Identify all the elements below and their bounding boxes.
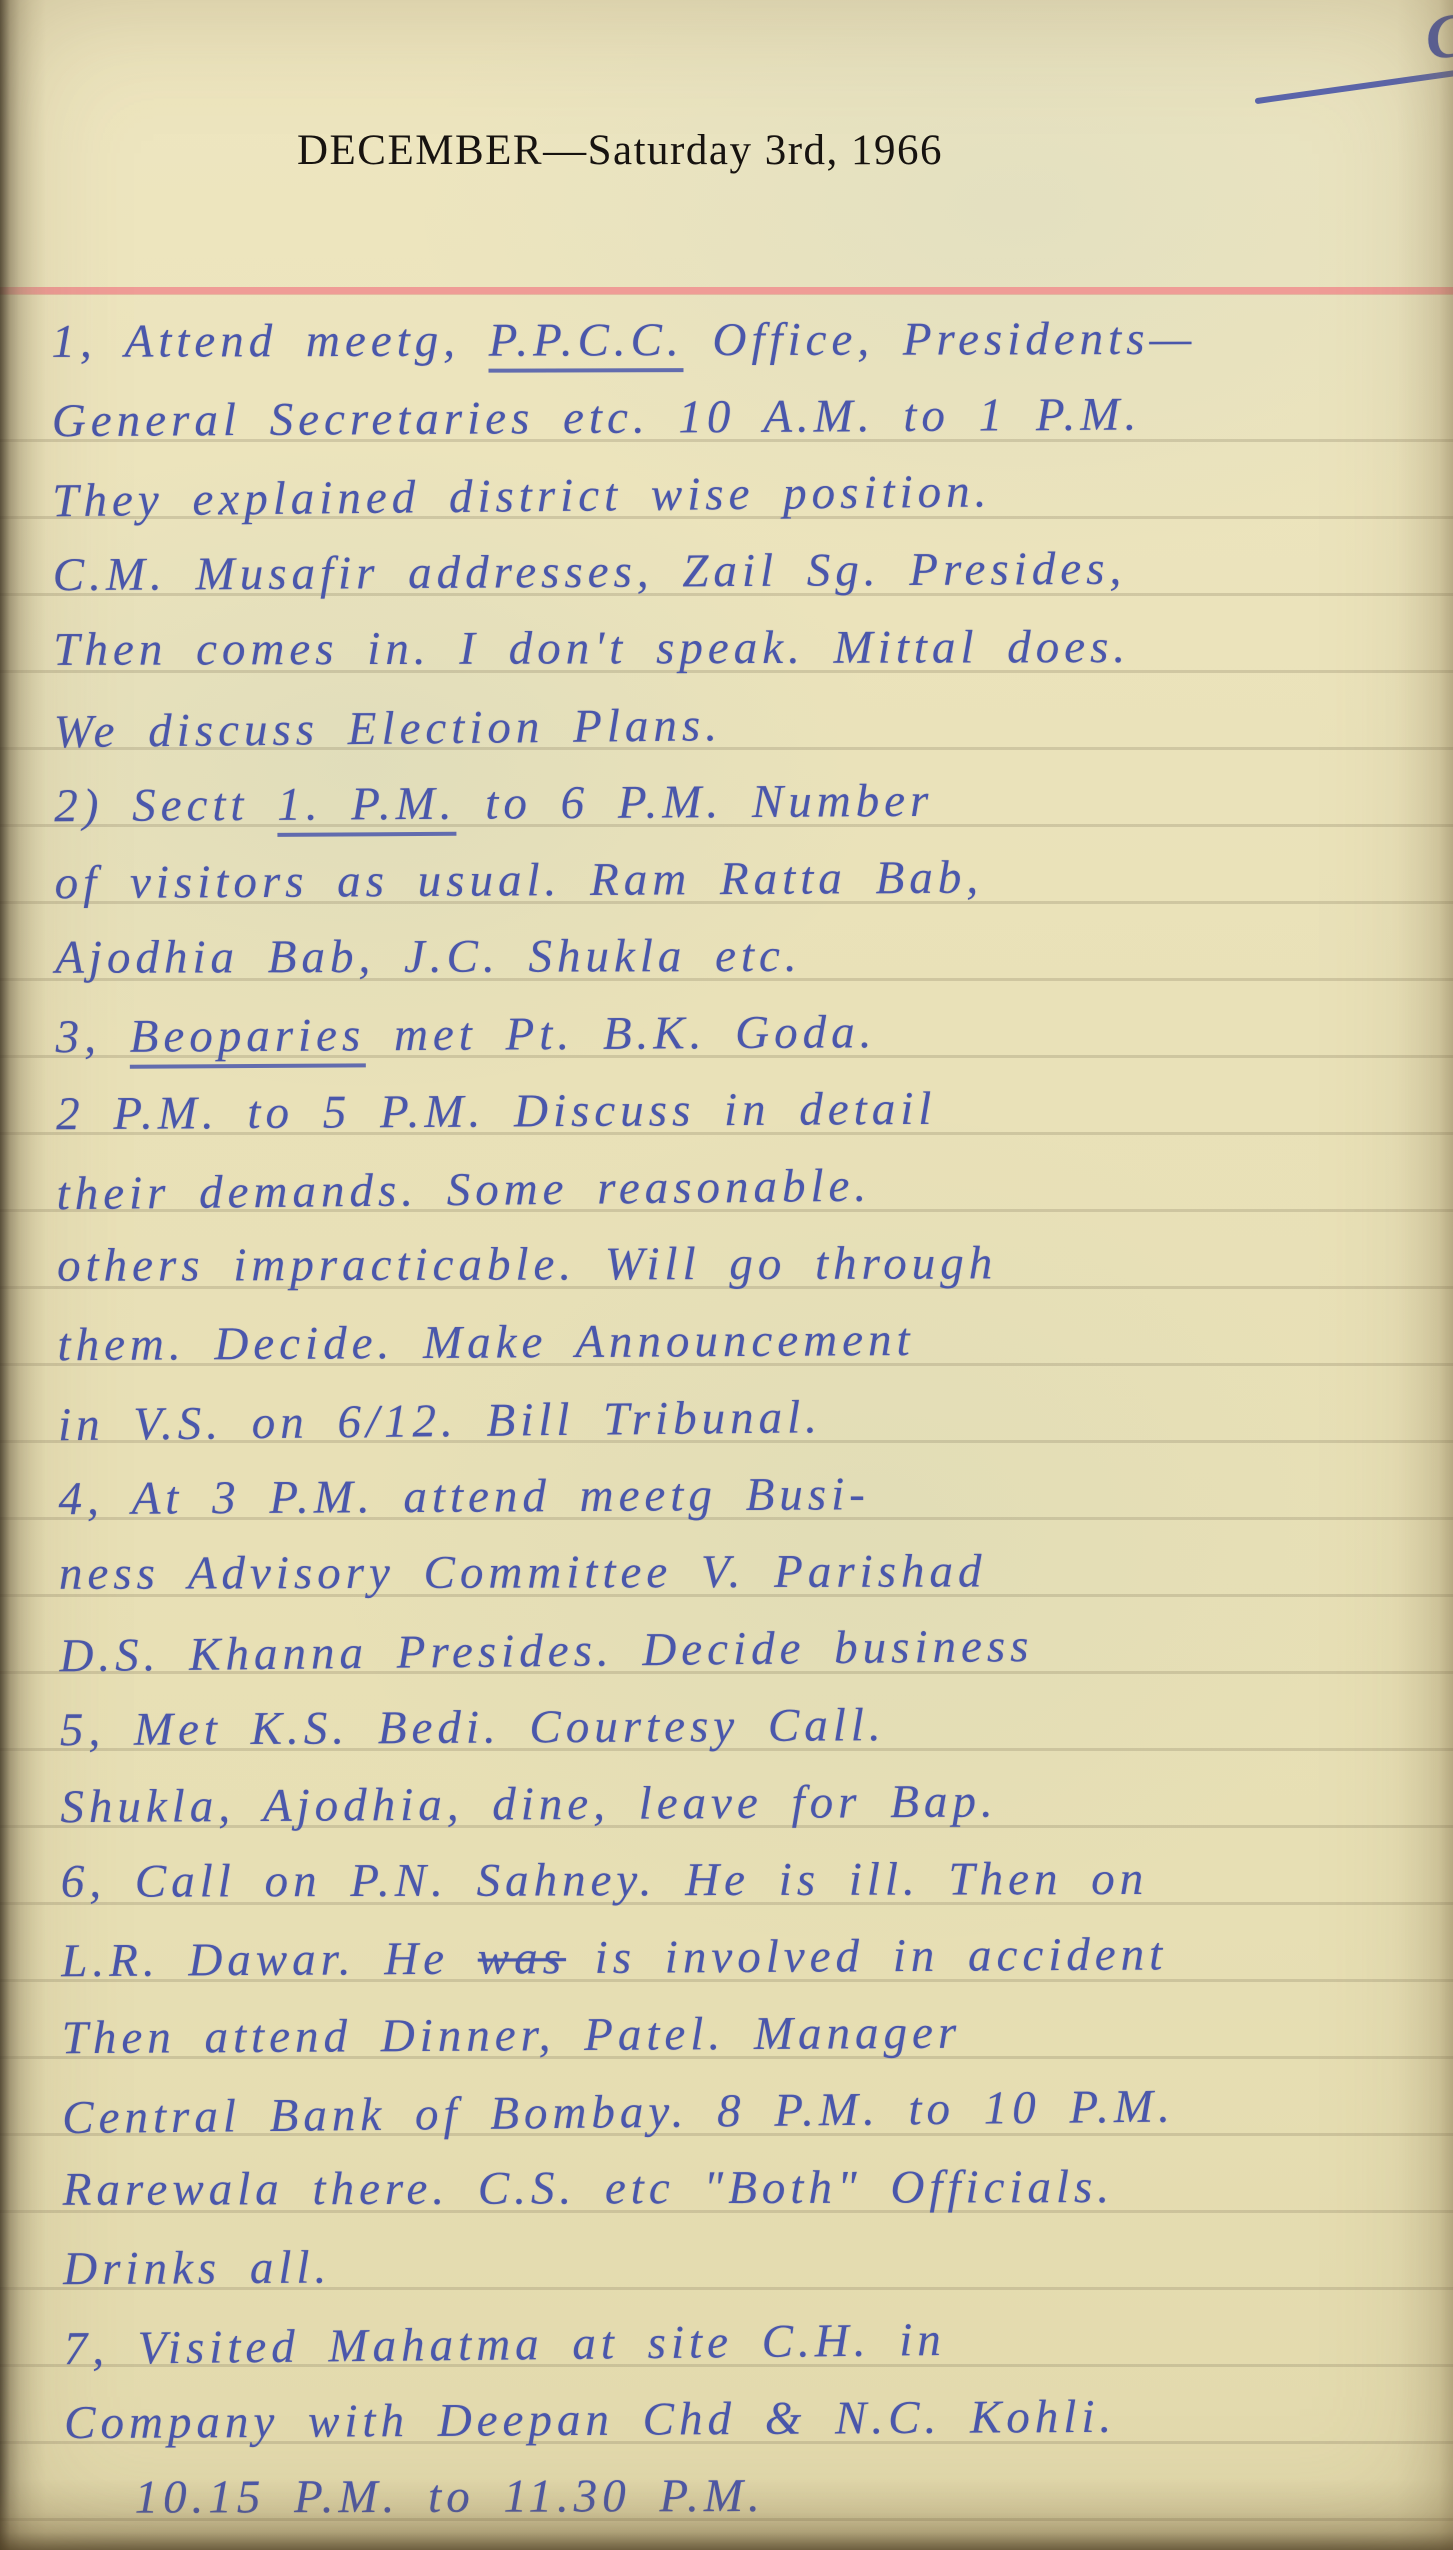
bottom-page-shadow	[0, 2480, 1453, 2550]
handwritten-line: Ajodhia Bab, J.C. Shukla etc.	[55, 916, 1430, 997]
handwritten-line: 1, Attend meetg, P.P.C.C. Office, Presid…	[51, 300, 1426, 381]
diary-page-scan: DECEMBER—Saturday 3rd, 1966 C 1, Attend …	[0, 0, 1453, 2550]
handwritten-line: C.M. Musafir addresses, Zail Sg. Preside…	[53, 529, 1428, 614]
pink-date-rule	[0, 287, 1453, 294]
underlined-phrase: 1. P.M.	[277, 778, 457, 837]
handwritten-line: 4, At 3 P.M. attend meetg Busi-	[58, 1453, 1433, 1538]
handwritten-line: Drinks all.	[63, 2223, 1438, 2308]
handwritten-line: Shukla, Ajodhia, dine, leave for Bap.	[60, 1761, 1435, 1846]
handwritten-line: 6, Call on P.N. Sahney. He is ill. Then …	[61, 1840, 1436, 1921]
handwritten-line: them. Decide. Make Announcement	[57, 1299, 1432, 1384]
handwritten-line: They explained district wise position.	[52, 449, 1428, 540]
struck-phrase: was	[478, 1932, 566, 1985]
handwritten-line: L.R. Dawar. He was is involved in accide…	[61, 1915, 1436, 2000]
handwritten-line: 2 P.M. to 5 P.M. Discuss in detail	[56, 1068, 1431, 1153]
handwritten-line: 2) Sectt 1. P.M. to 6 P.M. Number	[54, 760, 1429, 845]
binding-edge	[0, 0, 46, 2550]
handwritten-line: General Secretaries etc. 10 A.M. to 1 P.…	[52, 375, 1427, 460]
underlined-phrase: Beoparies	[129, 1009, 365, 1068]
handwritten-line: Company with Deepan Chd & N.C. Kohli.	[64, 2377, 1439, 2462]
handwritten-line: of visitors as usual. Ram Ratta Bab,	[54, 837, 1429, 922]
handwritten-line: Then comes in. I don't speak. Mittal doe…	[53, 608, 1428, 689]
handwritten-line: 7, Visited Mahatma at site C.H. in	[63, 2297, 1439, 2388]
handwritten-line: their demands. Some reasonable.	[56, 1142, 1432, 1233]
page-title: DECEMBER—Saturday 3rd, 1966	[0, 126, 1240, 175]
page-right-edge	[1397, 0, 1453, 2550]
handwritten-line: Central Bank of Bombay. 8 P.M. to 10 P.M…	[62, 2066, 1438, 2157]
handwritten-line: ness Advisory Committee V. Parishad	[59, 1532, 1434, 1613]
handwritten-line: We discuss Election Plans.	[53, 680, 1429, 771]
underlined-phrase: P.P.C.C.	[489, 314, 684, 373]
handwritten-line: others impracticable. Will go through	[57, 1224, 1432, 1305]
handwritten-line: D.S. Khanna Presides. Decide business	[59, 1604, 1435, 1695]
handwritten-line: 5, Met K.S. Bedi. Courtesy Call.	[60, 1684, 1435, 1769]
handwritten-line: Then attend Dinner, Patel. Manager	[62, 1992, 1437, 2077]
handwritten-line: 3, Beoparies met Pt. B.K. Goda.	[55, 991, 1430, 1076]
handwritten-line: Rarewala there. C.S. etc "Both" Official…	[63, 2148, 1438, 2229]
handwriting-lines: 1, Attend meetg, P.P.C.C. Office, Presid…	[51, 298, 1440, 2539]
handwritten-line: in V.S. on 6/12. Bill Tribunal.	[58, 1373, 1434, 1464]
